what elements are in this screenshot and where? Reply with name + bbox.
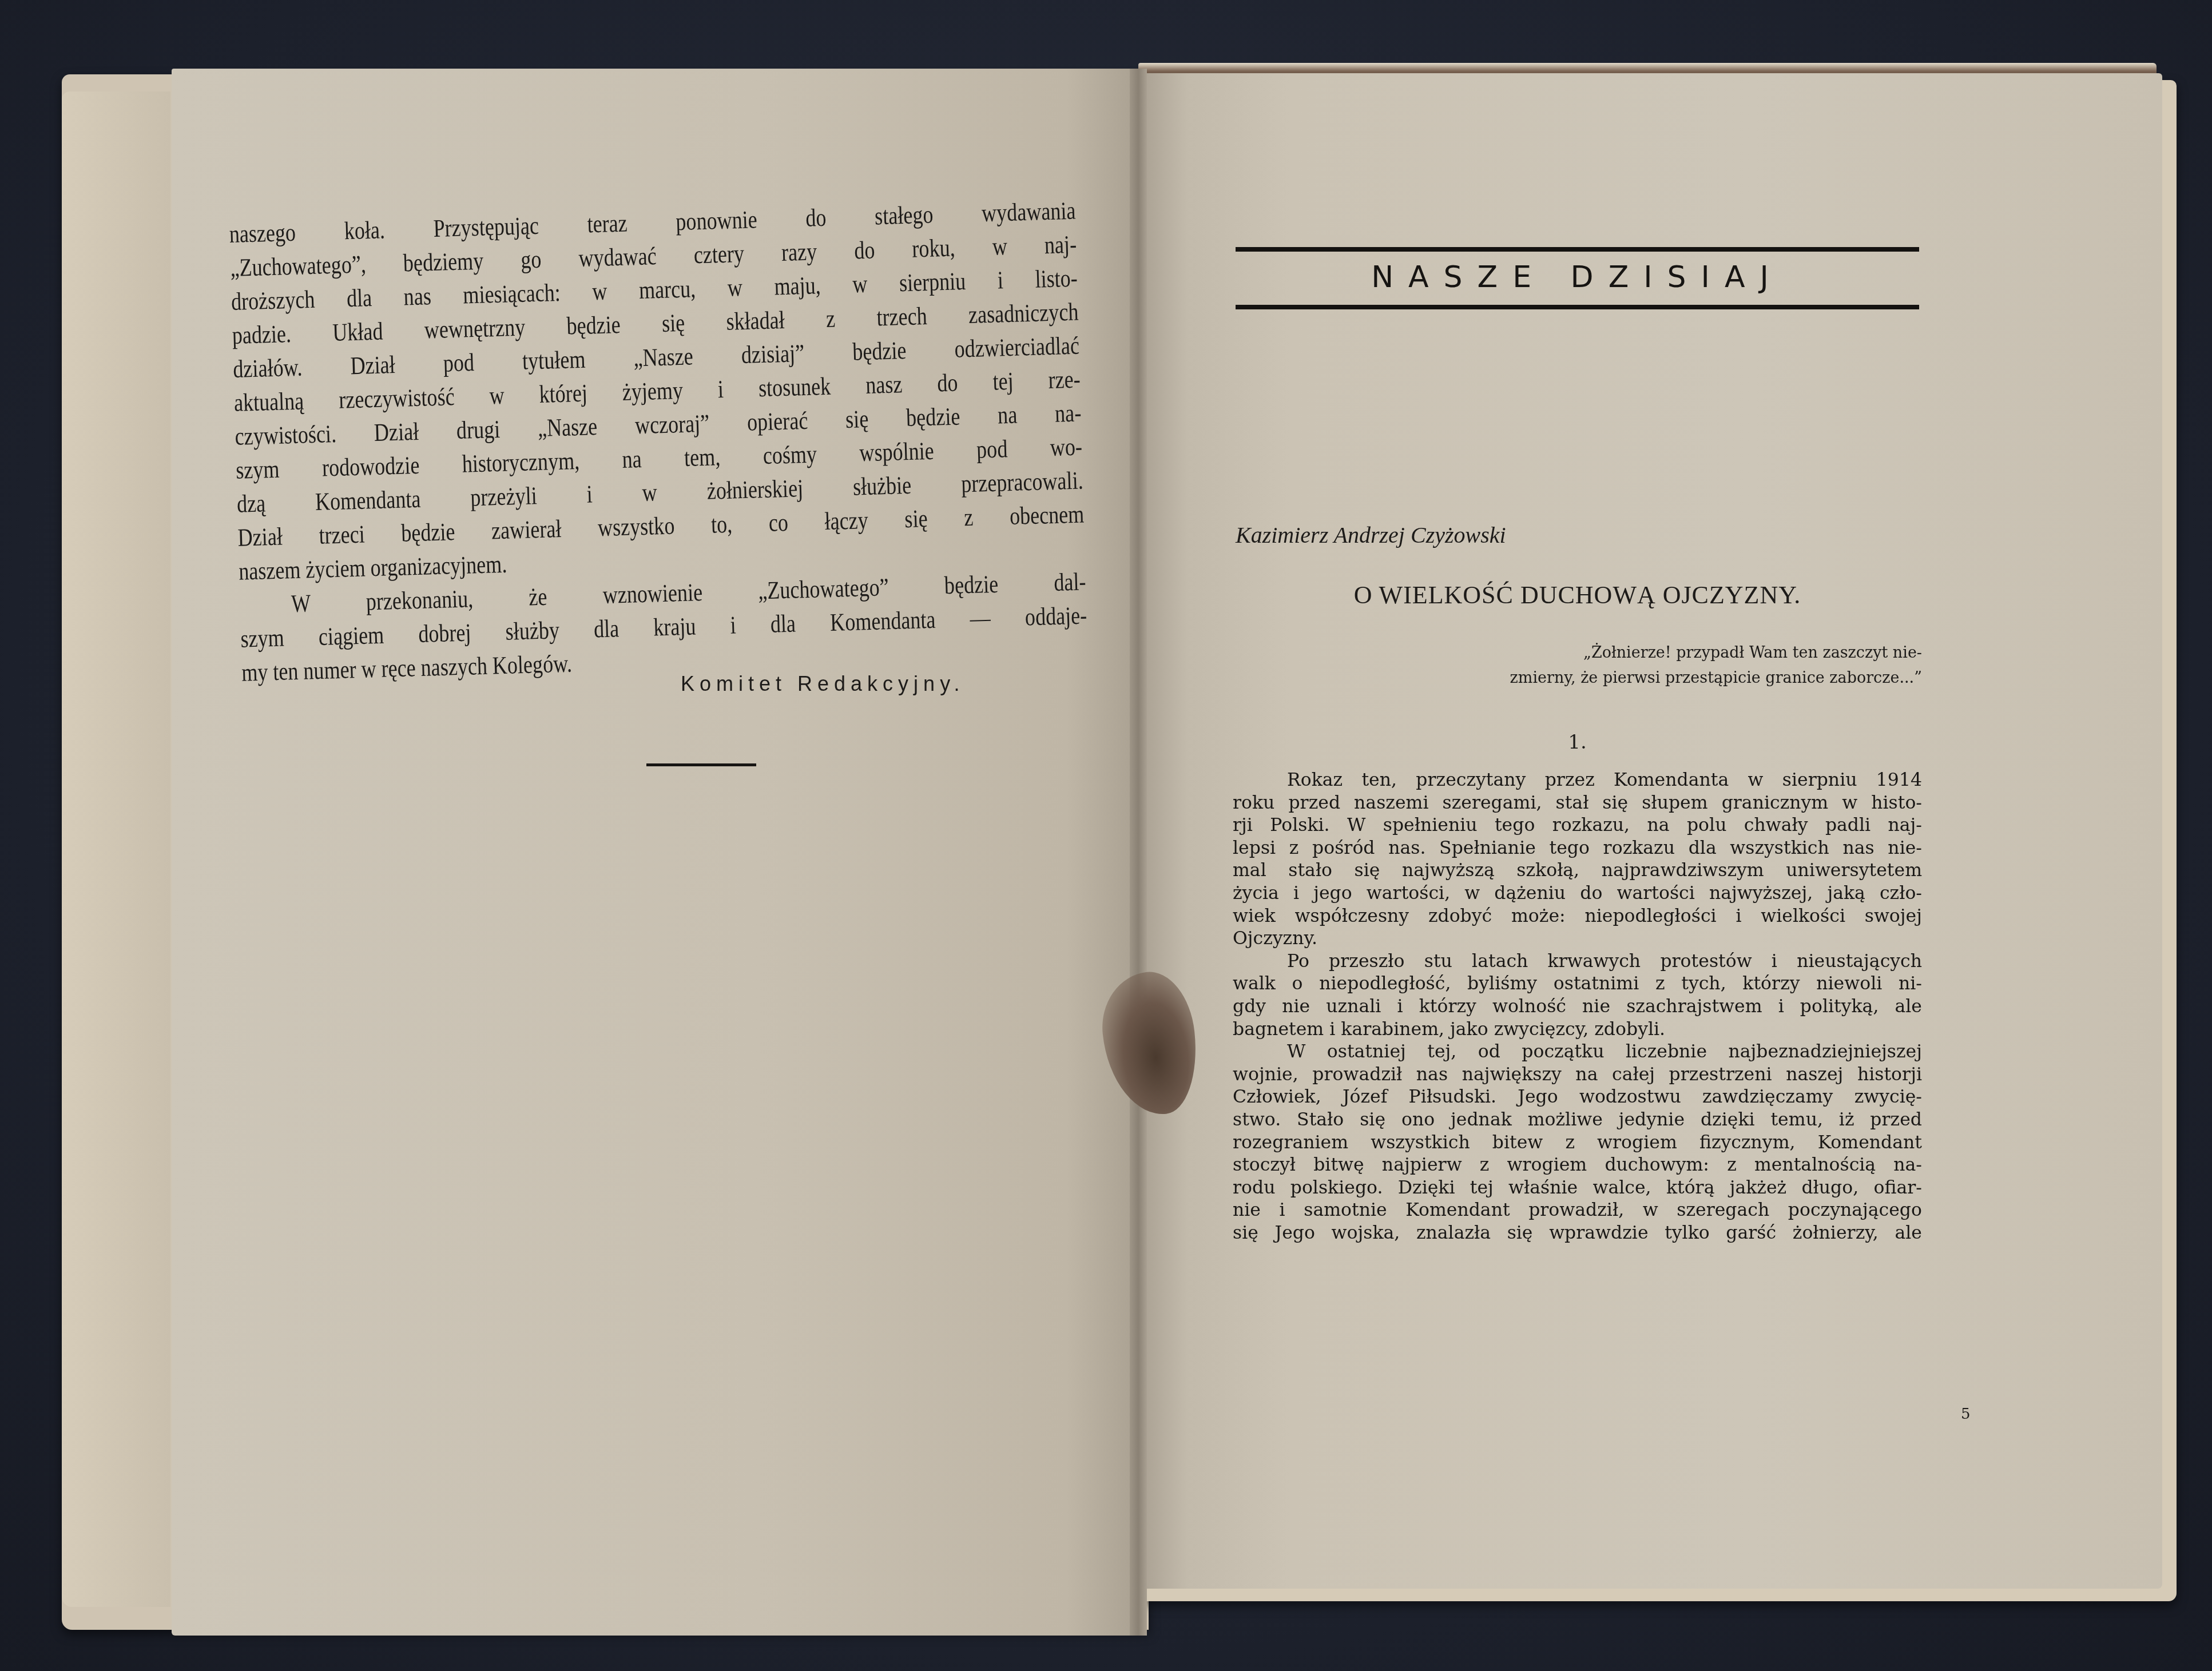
text-line: stwo. Stało się ono jednak możliwe jedyn… — [1233, 1109, 1922, 1132]
article-author: Kazimierz Andrzej Czyżowski — [1236, 522, 1506, 548]
epigraph: „Żołnierze! przypadł Wam ten zaszczyt ni… — [1487, 640, 1922, 691]
book-gutter — [1130, 69, 1147, 1636]
closing-rule — [646, 763, 756, 766]
text-line: rji Polski. W spełnieniu tego rozkazu, n… — [1233, 814, 1922, 837]
open-booklet: naszego koła. Przystępując teraz ponowni… — [0, 0, 2212, 1671]
page-number: 5 — [1961, 1406, 1971, 1423]
text-line: mal stało się najwyższą szkołą, najprawd… — [1233, 860, 1922, 882]
text-line: rozegraniem wszystkich bitew z wrogiem f… — [1233, 1132, 1922, 1155]
text-line: Ojczyzny. — [1233, 928, 1922, 950]
signature: Komitet Redakcyjny. — [681, 672, 964, 696]
text-line: Po przeszło stu latach krwawych protestó… — [1233, 950, 1922, 973]
text-line: rodu polskiego. Dzięki tej właśnie walce… — [1233, 1177, 1922, 1200]
text-line: bagnetem i karabinem, jako zwycięzcy, zd… — [1233, 1018, 1922, 1041]
text-line: Rokaz ten, przeczytany przez Komendanta … — [1233, 769, 1922, 792]
section-title: NASZE DZISIAJ — [1236, 260, 1919, 295]
section-number: 1. — [1236, 731, 1919, 754]
text-line: wiek współczesny zdobyć może: niepodległ… — [1233, 905, 1922, 928]
epigraph-line: „Żołnierze! przypadł Wam ten zaszczyt ni… — [1487, 640, 1922, 666]
text-line: gdy nie uznali i którzy wolność nie szac… — [1233, 996, 1922, 1018]
text-line: się Jego wojska, znalazła się wprawdzie … — [1233, 1222, 1922, 1245]
text-line: walk o niepodległość, byliśmy ostatnimi … — [1233, 973, 1922, 996]
text-line: wojnie, prowadził nas największy na całe… — [1233, 1064, 1922, 1087]
text-line: życia i jego wartości, w dążeniu do wart… — [1233, 882, 1922, 905]
text-line: nie i samotnie Komendant prowadził, w sz… — [1233, 1199, 1922, 1222]
text-line: W ostatniej tej, od początku liczebnie n… — [1233, 1041, 1922, 1064]
section-rule-bottom — [1236, 305, 1919, 309]
text-line: stoczył bitwę najpierw z wrogiem duchowy… — [1233, 1154, 1922, 1177]
article-body: Rokaz ten, przeczytany przez Komendanta … — [1233, 769, 1922, 1244]
text-line: roku przed naszemi szeregami, stał się s… — [1233, 792, 1922, 815]
article-title: O WIELKOŚĆ DUCHOWĄ OJCZYZNY. — [1236, 580, 1919, 610]
text-line: lepsi z pośród nas. Spełnianie tego rozk… — [1233, 837, 1922, 860]
text-line: Człowiek, Józef Piłsudski. Jego wodzostw… — [1233, 1086, 1922, 1109]
left-cover-edge — [62, 91, 170, 1607]
epigraph-line: zmierny, że pierwsi przestąpicie granice… — [1487, 666, 1922, 691]
section-rule-top — [1236, 247, 1919, 252]
left-page-text: naszego koła. Przystępując teraz ponowni… — [229, 194, 1089, 690]
